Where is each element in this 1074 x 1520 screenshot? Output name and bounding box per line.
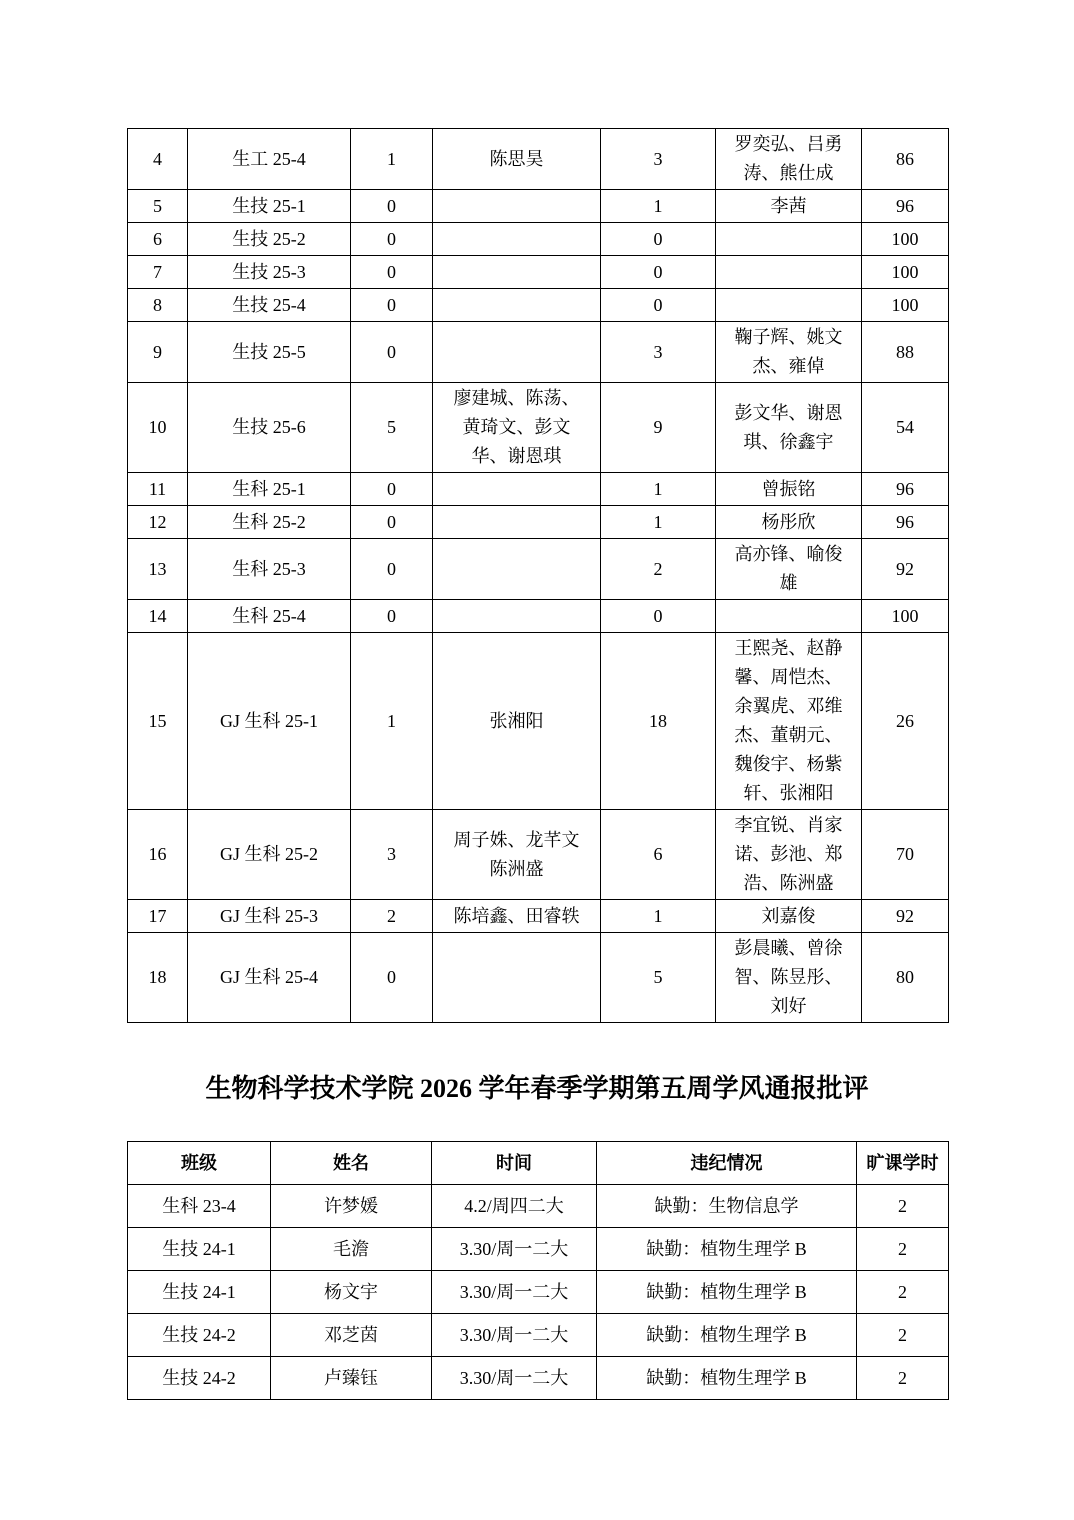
notice-table-cell: 缺勤：植物生理学 B (597, 1357, 857, 1400)
notice-table-cell: 2 (857, 1314, 949, 1357)
stats-table-cell (433, 223, 601, 256)
stats-table-row: 8生技 25-400100 (128, 289, 949, 322)
stats-table-cell: 9 (128, 322, 188, 383)
stats-table-cell: 0 (351, 539, 433, 600)
notice-table-header-row: 班级姓名时间违纪情况旷课学时 (128, 1142, 949, 1185)
notice-table-cell: 3.30/周一二大 (432, 1314, 597, 1357)
stats-table-cell: 生技 25-5 (188, 322, 351, 383)
stats-table-cell: 鞠子辉、姚文杰、雍倬 (716, 322, 862, 383)
stats-table-cell: 9 (601, 383, 716, 473)
stats-table-cell: 26 (862, 633, 949, 810)
stats-table-cell: 12 (128, 506, 188, 539)
stats-table-cell: 刘嘉俊 (716, 900, 862, 933)
stats-table-cell: 1 (601, 473, 716, 506)
stats-table-cell: 李茜 (716, 190, 862, 223)
stats-table-cell: 陈培鑫、田睿轶 (433, 900, 601, 933)
discipline-notice-table: 班级姓名时间违纪情况旷课学时 生科 23-4许梦媛4.2/周四二大缺勤：生物信息… (127, 1141, 949, 1400)
stats-table-row: 15GJ 生科 25-11张湘阳18王熙尧、赵静馨、周恺杰、余翼虎、邓维杰、董朝… (128, 633, 949, 810)
stats-table-row: 6生技 25-200100 (128, 223, 949, 256)
stats-table-cell: 5 (351, 383, 433, 473)
stats-table-cell (716, 223, 862, 256)
stats-table-cell: 陈思昊 (433, 129, 601, 190)
stats-table-cell: 李宜锐、肖家诺、彭池、郑浩、陈洲盛 (716, 810, 862, 900)
stats-table-cell (716, 289, 862, 322)
stats-table-cell: 18 (601, 633, 716, 810)
notice-table-cell: 许梦媛 (271, 1185, 432, 1228)
stats-table-cell: 0 (351, 289, 433, 322)
notice-table-row: 生技 24-1杨文宇3.30/周一二大缺勤：植物生理学 B2 (128, 1271, 949, 1314)
notice-table-row: 生技 24-2邓芝茵3.30/周一二大缺勤：植物生理学 B2 (128, 1314, 949, 1357)
notice-table-cell: 缺勤：植物生理学 B (597, 1314, 857, 1357)
notice-column-header: 姓名 (271, 1142, 432, 1185)
stats-table-cell: GJ 生科 25-2 (188, 810, 351, 900)
stats-table-row: 7生技 25-300100 (128, 256, 949, 289)
stats-table-cell: 100 (862, 256, 949, 289)
stats-table-cell: 生技 25-3 (188, 256, 351, 289)
stats-table-cell: 92 (862, 539, 949, 600)
stats-table-cell: 生技 25-4 (188, 289, 351, 322)
stats-table-cell: 1 (601, 900, 716, 933)
stats-table-cell (716, 600, 862, 633)
stats-table-cell: 生技 25-2 (188, 223, 351, 256)
stats-table-cell: 1 (351, 633, 433, 810)
stats-table-cell: GJ 生科 25-3 (188, 900, 351, 933)
stats-table-cell: 杨彤欣 (716, 506, 862, 539)
notice-column-header: 班级 (128, 1142, 271, 1185)
notice-table-row: 生技 24-2卢臻钰3.30/周一二大缺勤：植物生理学 B2 (128, 1357, 949, 1400)
stats-table-cell: 0 (351, 600, 433, 633)
notice-table-cell: 缺勤：生物信息学 (597, 1185, 857, 1228)
stats-table-cell: 80 (862, 933, 949, 1023)
stats-table-cell: 88 (862, 322, 949, 383)
stats-table-cell: 3 (601, 322, 716, 383)
stats-table-cell: 0 (601, 256, 716, 289)
notice-title: 生物科学技术学院 2026 学年春季学期第五周学风通报批评 (0, 1072, 1074, 1106)
stats-table-cell: 1 (601, 506, 716, 539)
stats-table-cell (433, 539, 601, 600)
stats-table-cell: 生科 25-2 (188, 506, 351, 539)
notice-table-cell: 4.2/周四二大 (432, 1185, 597, 1228)
stats-table-row: 9生技 25-503鞠子辉、姚文杰、雍倬88 (128, 322, 949, 383)
notice-table-cell: 缺勤：植物生理学 B (597, 1271, 857, 1314)
stats-table-cell: 曾振铭 (716, 473, 862, 506)
notice-table-cell: 卢臻钰 (271, 1357, 432, 1400)
stats-table-cell: 15 (128, 633, 188, 810)
notice-table-cell: 3.30/周一二大 (432, 1271, 597, 1314)
stats-table-cell: 0 (601, 600, 716, 633)
stats-table-cell: 0 (601, 289, 716, 322)
stats-table-cell: 生科 25-4 (188, 600, 351, 633)
stats-table-cell: 13 (128, 539, 188, 600)
stats-table-cell: 4 (128, 129, 188, 190)
stats-table-cell: GJ 生科 25-1 (188, 633, 351, 810)
notice-column-header: 时间 (432, 1142, 597, 1185)
stats-table-cell: 生工 25-4 (188, 129, 351, 190)
notice-table-cell: 2 (857, 1271, 949, 1314)
stats-table-row: 16GJ 生科 25-23周子姝、龙芊文 陈洲盛6李宜锐、肖家诺、彭池、郑浩、陈… (128, 810, 949, 900)
notice-table-cell: 毛澹 (271, 1228, 432, 1271)
stats-table-cell: 5 (601, 933, 716, 1023)
stats-table-cell: 0 (351, 322, 433, 383)
notice-table-cell: 生科 23-4 (128, 1185, 271, 1228)
stats-table-cell: 86 (862, 129, 949, 190)
notice-column-header: 违纪情况 (597, 1142, 857, 1185)
stats-table-cell: 16 (128, 810, 188, 900)
stats-table-cell: 8 (128, 289, 188, 322)
notice-column-header: 旷课学时 (857, 1142, 949, 1185)
notice-table-cell: 2 (857, 1185, 949, 1228)
stats-table-cell: 6 (601, 810, 716, 900)
notice-table-cell: 2 (857, 1357, 949, 1400)
notice-table-cell: 杨文宇 (271, 1271, 432, 1314)
stats-table-cell: 王熙尧、赵静馨、周恺杰、余翼虎、邓维杰、董朝元、魏俊宇、杨紫轩、张湘阳 (716, 633, 862, 810)
stats-table-cell: 生科 25-1 (188, 473, 351, 506)
stats-table-cell: 0 (601, 223, 716, 256)
stats-table-cell: 11 (128, 473, 188, 506)
stats-table-cell: 0 (351, 933, 433, 1023)
stats-table-cell: 张湘阳 (433, 633, 601, 810)
notice-table-cell: 3.30/周一二大 (432, 1357, 597, 1400)
stats-table-cell: 14 (128, 600, 188, 633)
stats-table-cell (433, 322, 601, 383)
stats-table-cell: 10 (128, 383, 188, 473)
stats-table-cell: 100 (862, 223, 949, 256)
stats-table-row: 13生科 25-302高亦锋、喻俊雄92 (128, 539, 949, 600)
stats-table-row: 17GJ 生科 25-32陈培鑫、田睿轶1刘嘉俊92 (128, 900, 949, 933)
stats-table-cell: 18 (128, 933, 188, 1023)
stats-table-cell: 70 (862, 810, 949, 900)
notice-table-row: 生技 24-1毛澹3.30/周一二大缺勤：植物生理学 B2 (128, 1228, 949, 1271)
notice-table-cell: 邓芝茵 (271, 1314, 432, 1357)
document-page: 4生工 25-41陈思昊3罗奕弘、吕勇涛、熊仕成865生技 25-101李茜96… (0, 0, 1074, 1520)
stats-table-row: 12生科 25-201杨彤欣96 (128, 506, 949, 539)
stats-table-cell: 17 (128, 900, 188, 933)
stats-table-cell: 彭文华、谢恩琪、徐鑫宇 (716, 383, 862, 473)
stats-table-cell: 2 (351, 900, 433, 933)
stats-table-cell: 生技 25-6 (188, 383, 351, 473)
stats-table-cell: 0 (351, 190, 433, 223)
stats-table-cell: 生科 25-3 (188, 539, 351, 600)
stats-table-row: 4生工 25-41陈思昊3罗奕弘、吕勇涛、熊仕成86 (128, 129, 949, 190)
stats-table-cell: 7 (128, 256, 188, 289)
class-stats-continuation-table: 4生工 25-41陈思昊3罗奕弘、吕勇涛、熊仕成865生技 25-101李茜96… (127, 128, 949, 1023)
stats-table-cell: 廖建城、陈荡、黄琦文、彭文华、谢恩琪 (433, 383, 601, 473)
stats-table-cell: 高亦锋、喻俊雄 (716, 539, 862, 600)
stats-table-cell: 54 (862, 383, 949, 473)
stats-table-cell: 3 (351, 810, 433, 900)
stats-table-cell (433, 933, 601, 1023)
notice-table-cell: 生技 24-2 (128, 1314, 271, 1357)
stats-table-cell: 彭晨曦、曾徐智、陈昱彤、刘好 (716, 933, 862, 1023)
stats-table-cell (716, 256, 862, 289)
stats-table-cell: 0 (351, 506, 433, 539)
stats-table-cell (433, 256, 601, 289)
stats-table-cell: 96 (862, 473, 949, 506)
stats-table-cell: 96 (862, 506, 949, 539)
stats-table-cell: 2 (601, 539, 716, 600)
stats-table-cell: 100 (862, 600, 949, 633)
notice-table-row: 生科 23-4许梦媛4.2/周四二大缺勤：生物信息学2 (128, 1185, 949, 1228)
stats-table-cell (433, 600, 601, 633)
stats-table-cell: 1 (351, 129, 433, 190)
stats-table-row: 14生科 25-400100 (128, 600, 949, 633)
notice-table-cell: 3.30/周一二大 (432, 1228, 597, 1271)
notice-table-cell: 2 (857, 1228, 949, 1271)
stats-table-cell (433, 190, 601, 223)
notice-table-cell: 生技 24-1 (128, 1228, 271, 1271)
stats-table-cell: 5 (128, 190, 188, 223)
stats-table-cell (433, 473, 601, 506)
stats-table-row: 10生技 25-65廖建城、陈荡、黄琦文、彭文华、谢恩琪9彭文华、谢恩琪、徐鑫宇… (128, 383, 949, 473)
stats-table-cell: 92 (862, 900, 949, 933)
stats-table-cell (433, 506, 601, 539)
notice-table-cell: 缺勤：植物生理学 B (597, 1228, 857, 1271)
stats-table-cell: 生技 25-1 (188, 190, 351, 223)
stats-table-cell: 周子姝、龙芊文 陈洲盛 (433, 810, 601, 900)
stats-table-cell: 0 (351, 223, 433, 256)
stats-table-cell: 0 (351, 256, 433, 289)
stats-table-cell: 0 (351, 473, 433, 506)
stats-table-cell: 罗奕弘、吕勇涛、熊仕成 (716, 129, 862, 190)
stats-table-cell: GJ 生科 25-4 (188, 933, 351, 1023)
stats-table-cell: 96 (862, 190, 949, 223)
notice-table-cell: 生技 24-2 (128, 1357, 271, 1400)
stats-table-cell: 6 (128, 223, 188, 256)
stats-table-cell (433, 289, 601, 322)
stats-table-row: 11生科 25-101曾振铭96 (128, 473, 949, 506)
stats-table-row: 18GJ 生科 25-405彭晨曦、曾徐智、陈昱彤、刘好80 (128, 933, 949, 1023)
notice-table-cell: 生技 24-1 (128, 1271, 271, 1314)
stats-table-cell: 100 (862, 289, 949, 322)
stats-table-cell: 1 (601, 190, 716, 223)
stats-table-cell: 3 (601, 129, 716, 190)
stats-table-row: 5生技 25-101李茜96 (128, 190, 949, 223)
